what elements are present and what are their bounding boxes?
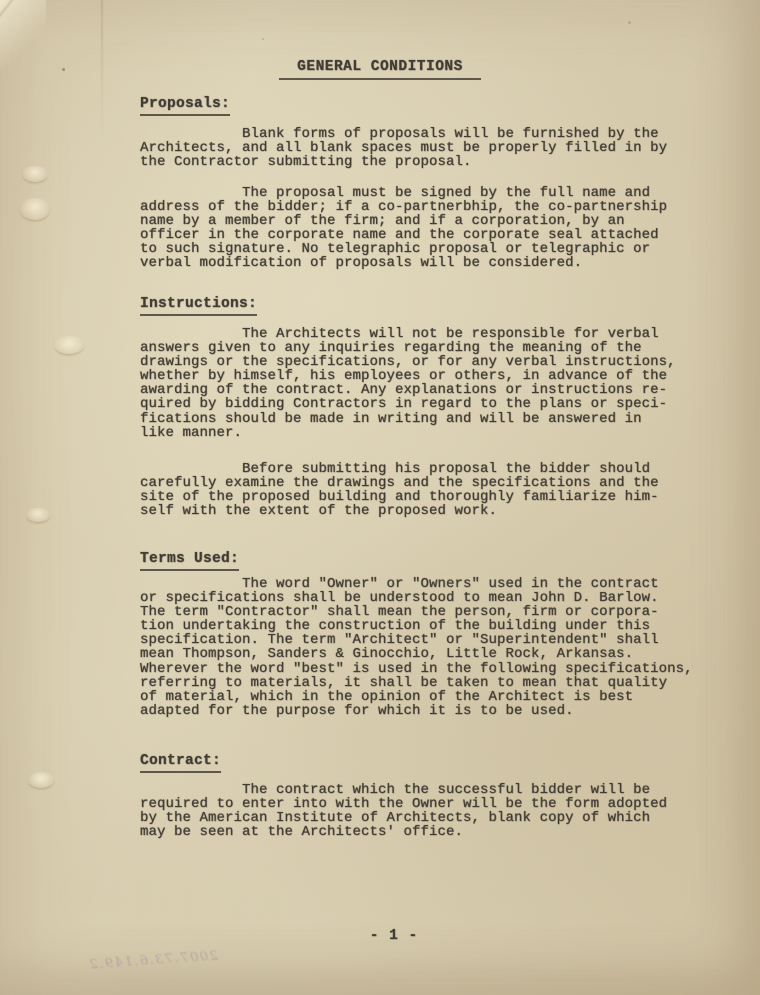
accession-stamp: 2007.73.6.149.2: [88, 948, 219, 972]
paper-dent: [20, 198, 50, 220]
paragraph: The proposal must be signed by the full …: [140, 186, 730, 271]
paragraph: Before submitting his proposal the bidde…: [140, 462, 730, 518]
paper-dent: [22, 166, 48, 182]
paper-dent: [54, 336, 84, 354]
stain-speck: [628, 21, 631, 24]
paragraph: The contract which the successful bidder…: [140, 783, 730, 839]
section-heading-instructions: Instructions:: [140, 296, 257, 316]
paper-dent: [26, 508, 50, 522]
section-heading-terms-used: Terms Used:: [140, 551, 239, 571]
page-number: - 1 -: [14, 928, 760, 944]
paragraph: The word "Owner" or "Owners" used in the…: [140, 577, 730, 718]
scanned-document-page: GENERAL CONDITIONS Proposals: Blank form…: [0, 0, 760, 995]
section-heading-contract: Contract:: [140, 753, 221, 773]
stain-speck: [262, 38, 264, 40]
section-heading-proposals: Proposals:: [140, 96, 230, 116]
document-title: GENERAL CONDITIONS: [0, 59, 760, 80]
paragraph: The Architects will not be responsible f…: [140, 327, 730, 440]
paragraph: Blank forms of proposals will be furnish…: [140, 127, 730, 169]
paper-dent: [28, 772, 54, 788]
